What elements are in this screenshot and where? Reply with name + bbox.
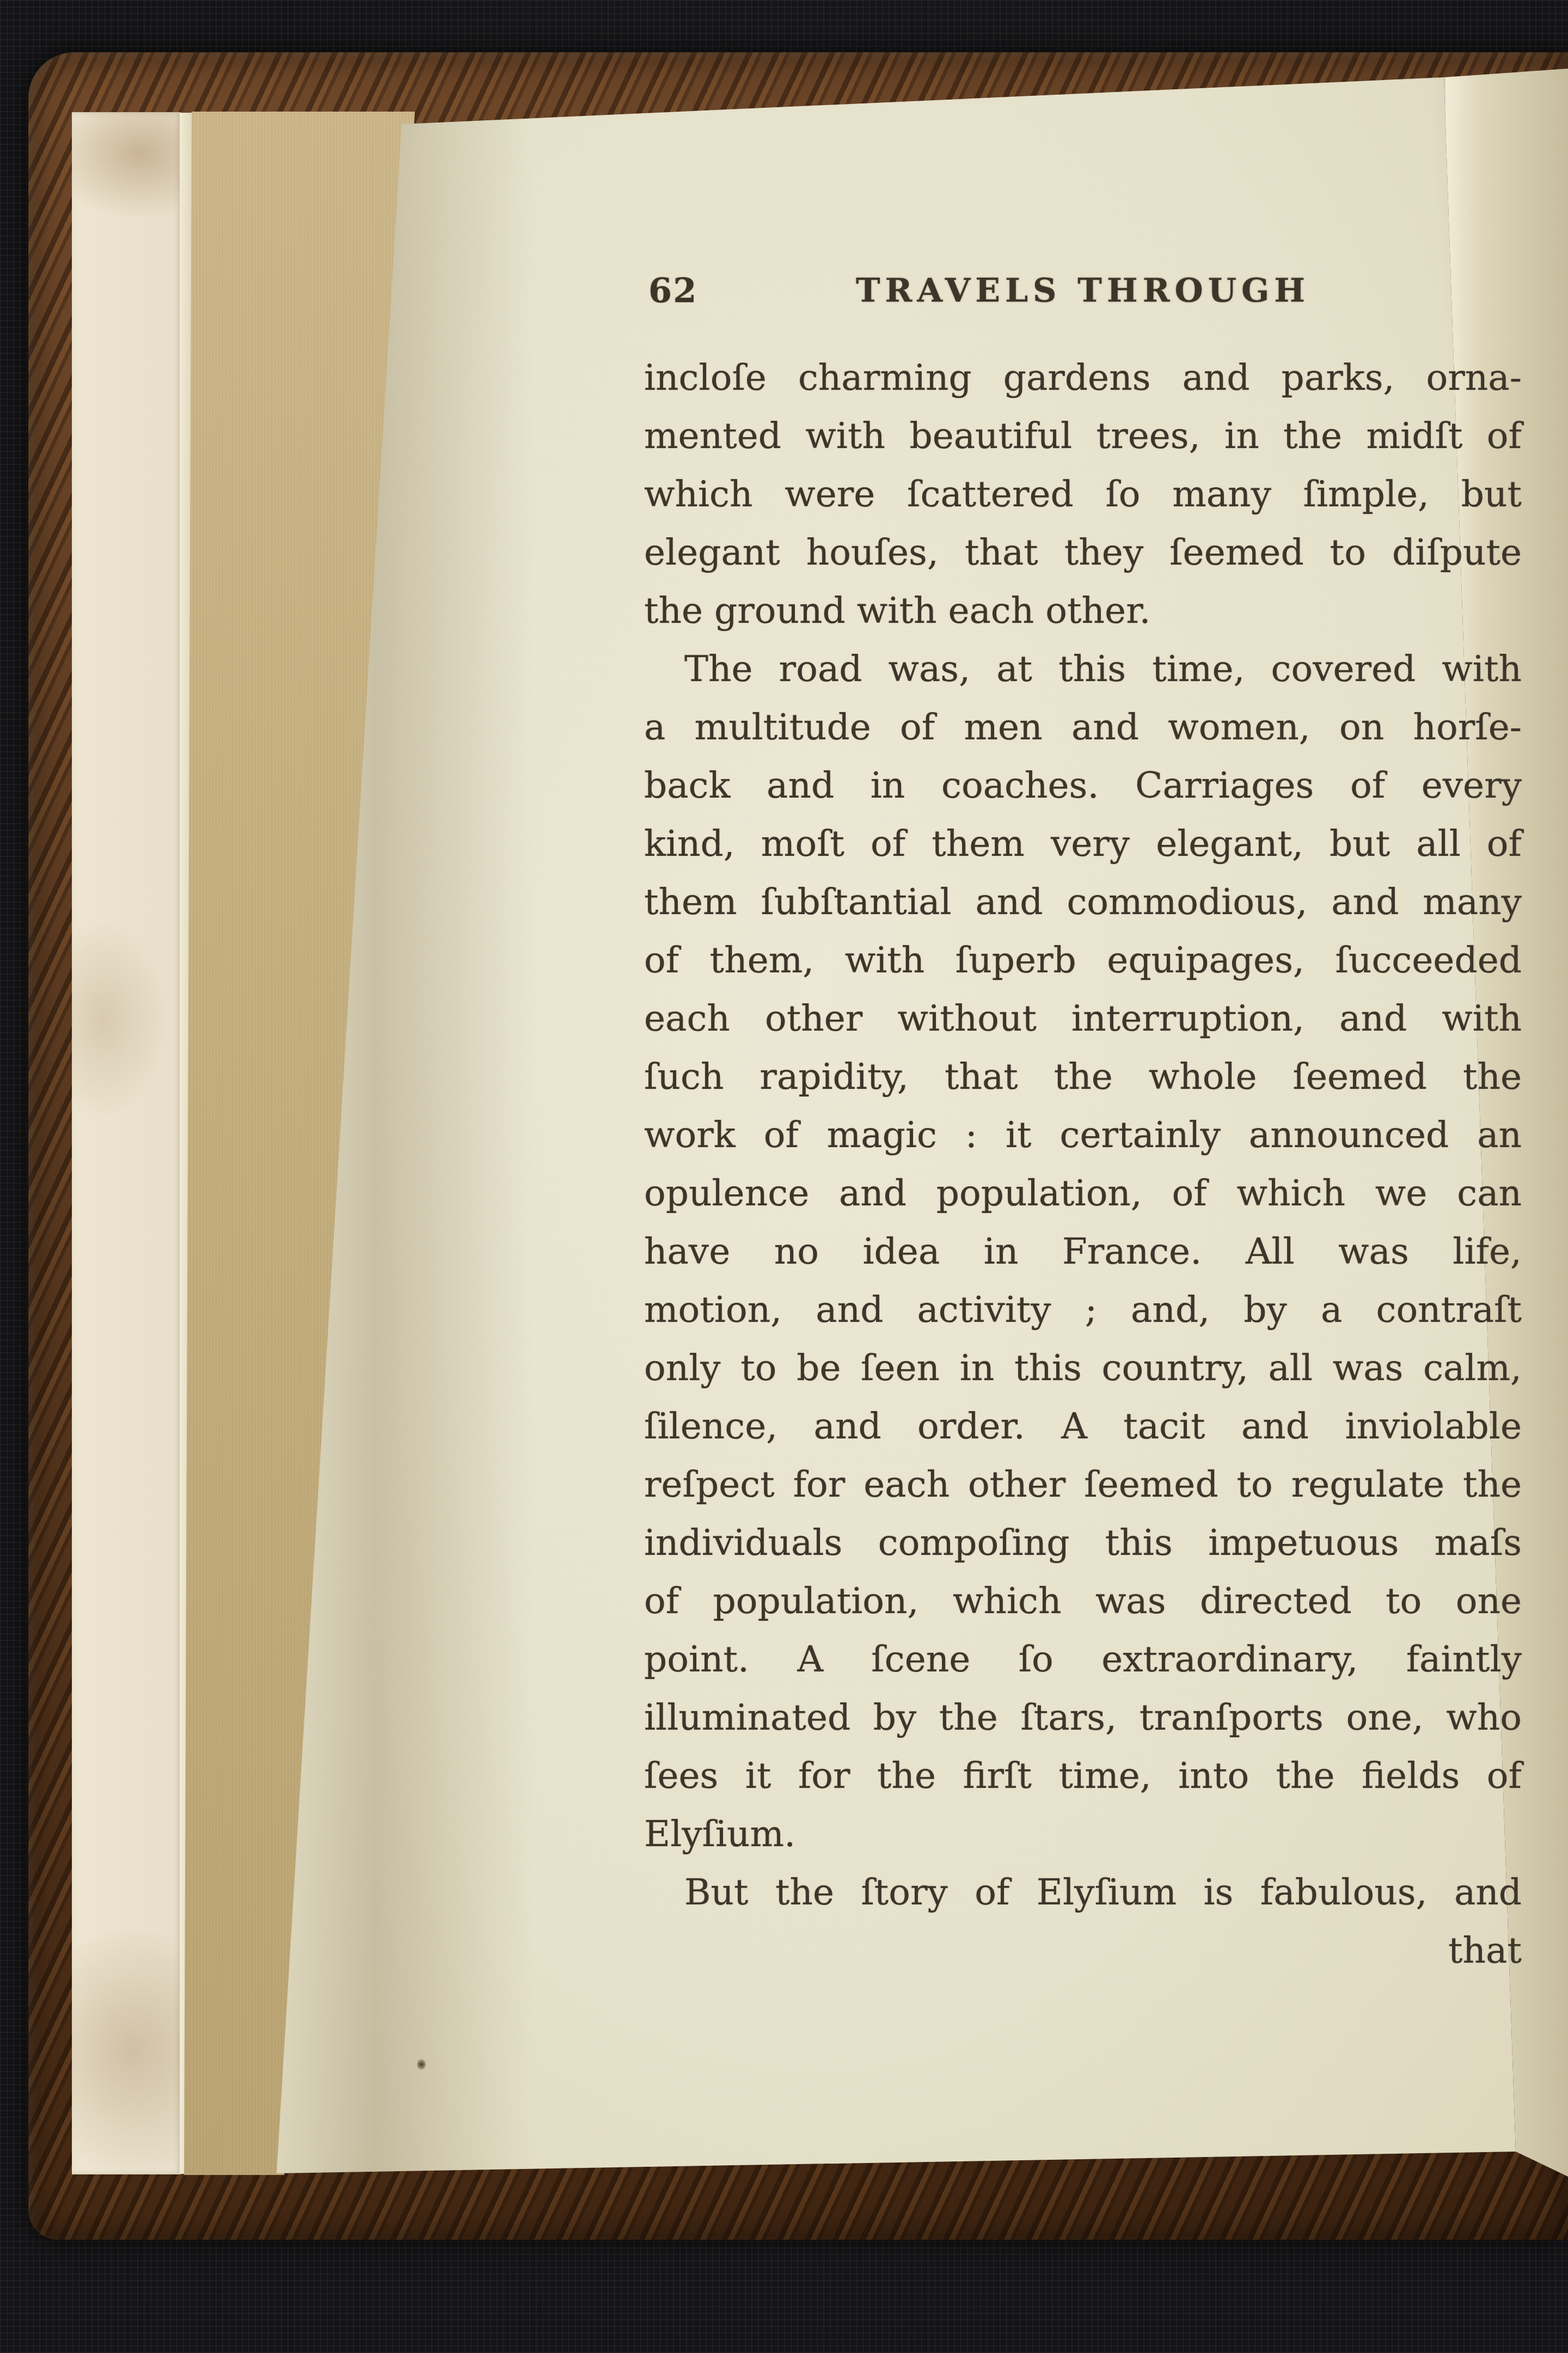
catchword-line: that (644, 1921, 1522, 1980)
body-lines: incloſe charming gardens and parks, orna… (644, 348, 1522, 1980)
text-line: work of magic : it certainly announced a… (644, 1106, 1522, 1164)
text-line: reſpect for each other ſeemed to regulat… (644, 1455, 1522, 1513)
text-line: mented with beautiful trees, in the midſ… (644, 407, 1522, 465)
text-line: only to be ſeen in this country, all was… (644, 1339, 1522, 1397)
text-line: incloſe charming gardens and parks, orna… (644, 348, 1522, 407)
text-line: opulence and population, of which we can (644, 1164, 1522, 1222)
text-line: of them, with ſuperb equipages, ſucceede… (644, 931, 1522, 989)
running-title: TRAVELS THROUGH (644, 266, 1522, 316)
text-line: each other without interruption, and wit… (644, 989, 1522, 1047)
flyleaf-page (72, 112, 181, 2174)
text-line: illuminated by the ſtars, tranſports one… (644, 1688, 1522, 1747)
text-line: them ſubſtantial and commodious, and man… (644, 873, 1522, 931)
text-line: of population, which was directed to one (644, 1572, 1522, 1630)
text-line: The road was, at this time, covered with (644, 640, 1522, 698)
text-line: a multitude of men and women, on horſe- (644, 698, 1522, 756)
text-line: point. A ſcene ſo extraordinary, faintly (644, 1630, 1522, 1688)
text-line: ſilence, and order. A tacit and inviolab… (644, 1397, 1522, 1455)
text-line: have no idea in France. All was life, (644, 1222, 1522, 1280)
text-line: the ground with each other. (644, 581, 1522, 640)
text-line: motion, and activity ; and, by a contraſ… (644, 1280, 1522, 1339)
page-header: 62 TRAVELS THROUGH (644, 266, 1522, 316)
book-photo: 62 TRAVELS THROUGH incloſe charming gard… (0, 0, 1568, 2353)
text-line: elegant houſes, that they ſeemed to diſp… (644, 523, 1522, 581)
text-line: which were ſcattered ſo many ſimple, but (644, 465, 1522, 523)
text-line: ſees it for the firſt time, into the fie… (644, 1747, 1522, 1805)
text-line: Elyſium. (644, 1805, 1522, 1863)
text-line: back and in coaches. Carriages of every (644, 756, 1522, 814)
text-line: But the ſtory of Elyſium is fabulous, an… (644, 1863, 1522, 1921)
text-line: kind, moſt of them very elegant, but all… (644, 814, 1522, 873)
text-line: individuals compoſing this impetuous maſ… (644, 1513, 1522, 1572)
paper-speck (417, 2059, 426, 2070)
text-line: ſuch rapidity, that the whole ſeemed the (644, 1047, 1522, 1106)
